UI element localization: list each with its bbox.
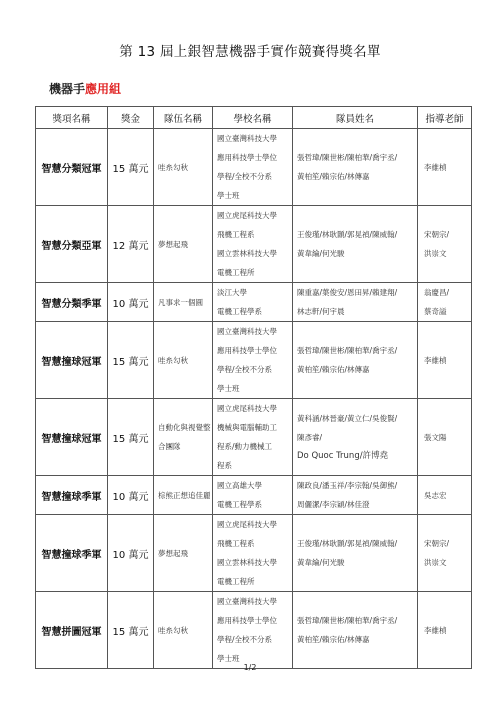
table-row: 智慧撞球季軍10 萬元棕熊正想追佳麗國立高雄大學電機工程學系陳政良/潘玉祥/李宗… [36,476,472,515]
money-cell: 12 萬元 [108,206,154,283]
school-line: 國立虎尾科技大學 [217,515,292,534]
table-row: 智慧撞球季軍10 萬元夢想起飛國立虎尾科技大學飛機工程系國立雲林科技大學電機工程… [36,515,472,592]
school-line: 國立臺灣科技大學 [217,592,292,611]
money-cell: 10 萬元 [108,283,154,322]
section-prefix: 機器手 [49,82,85,96]
members-line: 張哲瑋/陳世彬/陳柏華/喬宇丞/ [297,341,417,360]
members-line: 周儷潔/李宗穎/林佳澄 [297,495,417,514]
members-cell: 黃科涵/林晉豪/黃立仁/吳俊賢/陳彥睿/Do Quoc Trung/許博堯 [293,399,418,476]
members-line: 張哲瑋/陳世彬/陳柏華/喬宇丞/ [297,611,417,630]
team-cell: 自動化與視覺整合團隊 [154,399,213,476]
school-line: 國立虎尾科技大學 [217,399,292,418]
school-line: 應用科技學士學位 [217,611,292,630]
members-line: 黃柏笙/賴宗佑/林傳嘉 [297,167,417,186]
teacher-cell: 吳志宏 [418,476,472,515]
document-title: 第 13 屆上銀智慧機器手實作競賽得獎名單 [0,40,500,60]
teacher-cell: 李維楨 [418,322,472,399]
teacher-line: 蔡奇謚 [424,302,471,321]
members-cell: 陳重嘉/葉俊安/恩田昇/賴建翔/林志軒/何宇晨 [293,283,418,322]
team-cell: 哇糸勾秋 [154,592,213,669]
members-line: 陳重嘉/葉俊安/恩田昇/賴建翔/ [297,283,417,302]
team-cell: 哇糸勾秋 [154,129,213,206]
members-cell: 陳政良/潘玉祥/李宗翰/吳御熊/周儷潔/李宗穎/林佳澄 [293,476,418,515]
school-line: 程系 [217,456,292,475]
prize-cell: 智慧分類季軍 [36,283,108,322]
teacher-cell: 李維楨 [418,592,472,669]
school-cell: 國立虎尾科技大學飛機工程系國立雲林科技大學電機工程所 [213,515,293,592]
teacher-line: 李維楨 [424,621,471,640]
header-members: 隊員姓名 [293,107,418,129]
header-prize: 獎項名稱 [36,107,108,129]
school-cell: 國立臺灣科技大學應用科技學士學位學程/全校不分系學士班 [213,322,293,399]
team-cell: 棕熊正想追佳麗 [154,476,213,515]
teacher-line: 翁慶昌/ [424,283,471,302]
school-cell: 淡江大學電機工程學系 [213,283,293,322]
team-cell: 夢想起飛 [154,515,213,592]
section-highlight: 應用組 [85,82,121,96]
teacher-line: 洪崇文 [424,244,471,263]
money-cell: 15 萬元 [108,322,154,399]
members-line: 王俊瑾/林耿顥/郭晃禎/陳威翰/ [297,534,417,553]
school-line: 國立雲林科技大學 [217,244,292,263]
members-line: 黃韋綸/何光駿 [297,553,417,572]
school-cell: 國立高雄大學電機工程學系 [213,476,293,515]
table-row: 智慧撞球冠軍15 萬元哇糸勾秋國立臺灣科技大學應用科技學士學位學程/全校不分系學… [36,322,472,399]
table-header-row: 獎項名稱 獎金 隊伍名稱 學校名稱 隊員姓名 指導老師 [36,107,472,129]
prize-cell: 智慧撞球季軍 [36,515,108,592]
prize-cell: 智慧拼圖冠軍 [36,592,108,669]
prize-cell: 智慧撞球冠軍 [36,322,108,399]
members-line: 黃科涵/林晉豪/黃立仁/吳俊賢/ [297,409,417,428]
members-line: 黃韋綸/何光駿 [297,244,417,263]
teacher-line: 李維楨 [424,158,471,177]
members-cell: 王俊瑾/林耿顥/郭晃禎/陳威翰/黃韋綸/何光駿 [293,515,418,592]
school-cell: 國立臺灣科技大學應用科技學士學位學程/全校不分系學士班 [213,129,293,206]
school-cell: 國立臺灣科技大學應用科技學士學位學程/全校不分系學士班 [213,592,293,669]
school-line: 學程/全校不分系 [217,360,292,379]
teacher-cell: 張文陽 [418,399,472,476]
header-money: 獎金 [108,107,154,129]
page-indicator: 1/2 [0,663,500,672]
members-line: Do Quoc Trung/許博堯 [297,447,417,466]
school-line: 電機工程學系 [217,495,292,514]
money-cell: 15 萬元 [108,399,154,476]
members-cell: 張哲瑋/陳世彬/陳柏華/喬宇丞/黃柏笙/賴宗佑/林傳嘉 [293,322,418,399]
teacher-line: 宋朝宗/ [424,225,471,244]
school-line: 國立臺灣科技大學 [217,322,292,341]
school-line: 國立虎尾科技大學 [217,206,292,225]
teacher-line: 張文陽 [424,428,471,447]
school-line: 電機工程學系 [217,302,292,321]
members-line: 林志軒/何宇晨 [297,302,417,321]
teacher-line: 李維楨 [424,351,471,370]
table-row: 智慧分類亞軍12 萬元夢想起飛國立虎尾科技大學飛機工程系國立雲林科技大學電機工程… [36,206,472,283]
prize-cell: 智慧分類亞軍 [36,206,108,283]
team-cell: 哇糸勾秋 [154,322,213,399]
teacher-line: 宋朝宗/ [424,534,471,553]
school-cell: 國立虎尾科技大學飛機工程系國立雲林科技大學電機工程所 [213,206,293,283]
teacher-line: 洪崇文 [424,553,471,572]
school-line: 國立雲林科技大學 [217,553,292,572]
table-row: 智慧撞球冠軍15 萬元自動化與視覺整合團隊國立虎尾科技大學機械與電腦輔助工程系/… [36,399,472,476]
teacher-cell: 李維楨 [418,129,472,206]
money-cell: 10 萬元 [108,476,154,515]
members-cell: 張哲瑋/陳世彬/陳柏華/喬宇丞/黃柏笙/賴宗佑/林傳嘉 [293,592,418,669]
members-line: 張哲瑋/陳世彬/陳柏華/喬宇丞/ [297,148,417,167]
school-line: 國立高雄大學 [217,476,292,495]
members-line: 黃柏笙/賴宗佑/林傳嘉 [297,360,417,379]
team-cell: 夢想起飛 [154,206,213,283]
table-row: 智慧分類季軍10 萬元凡事求一個圓淡江大學電機工程學系陳重嘉/葉俊安/恩田昇/賴… [36,283,472,322]
members-line: 黃柏笙/賴宗佑/林傳嘉 [297,630,417,649]
members-cell: 王俊瑾/林耿顥/郭晃禎/陳威翰/黃韋綸/何光駿 [293,206,418,283]
table-row: 智慧分類冠軍15 萬元哇糸勾秋國立臺灣科技大學應用科技學士學位學程/全校不分系學… [36,129,472,206]
header-school: 學校名稱 [213,107,293,129]
members-line: 陳彥睿/ [297,428,417,447]
money-cell: 15 萬元 [108,129,154,206]
school-line: 學士班 [217,379,292,398]
team-cell: 凡事求一個圓 [154,283,213,322]
members-line: 陳政良/潘玉祥/李宗翰/吳御熊/ [297,476,417,495]
money-cell: 15 萬元 [108,592,154,669]
members-cell: 張哲瑋/陳世彬/陳柏華/喬宇丞/黃柏笙/賴宗佑/林傳嘉 [293,129,418,206]
school-line: 應用科技學士學位 [217,148,292,167]
table-row: 智慧拼圖冠軍15 萬元哇糸勾秋國立臺灣科技大學應用科技學士學位學程/全校不分系學… [36,592,472,669]
teacher-cell: 宋朝宗/洪崇文 [418,515,472,592]
money-cell: 10 萬元 [108,515,154,592]
teacher-cell: 翁慶昌/蔡奇謚 [418,283,472,322]
school-line: 程系/動力機械工 [217,437,292,456]
table-body: 智慧分類冠軍15 萬元哇糸勾秋國立臺灣科技大學應用科技學士學位學程/全校不分系學… [36,129,472,669]
prize-cell: 智慧撞球季軍 [36,476,108,515]
school-line: 學程/全校不分系 [217,630,292,649]
school-cell: 國立虎尾科技大學機械與電腦輔助工程系/動力機械工程系 [213,399,293,476]
school-line: 淡江大學 [217,283,292,302]
awards-table: 獎項名稱 獎金 隊伍名稱 學校名稱 隊員姓名 指導老師 智慧分類冠軍15 萬元哇… [35,106,472,669]
members-line: 王俊瑾/林耿顥/郭晃禎/陳威翰/ [297,225,417,244]
teacher-line: 吳志宏 [424,486,471,505]
school-line: 電機工程所 [217,263,292,282]
school-line: 機械與電腦輔助工 [217,418,292,437]
school-line: 應用科技學士學位 [217,341,292,360]
prize-cell: 智慧撞球冠軍 [36,399,108,476]
school-line: 電機工程所 [217,572,292,591]
school-line: 飛機工程系 [217,225,292,244]
prize-cell: 智慧分類冠軍 [36,129,108,206]
school-line: 學士班 [217,186,292,205]
teacher-cell: 宋朝宗/洪崇文 [418,206,472,283]
school-line: 學程/全校不分系 [217,167,292,186]
header-team: 隊伍名稱 [154,107,213,129]
header-teacher: 指導老師 [418,107,472,129]
school-line: 國立臺灣科技大學 [217,129,292,148]
section-heading: 機器手應用組 [49,80,121,97]
school-line: 飛機工程系 [217,534,292,553]
